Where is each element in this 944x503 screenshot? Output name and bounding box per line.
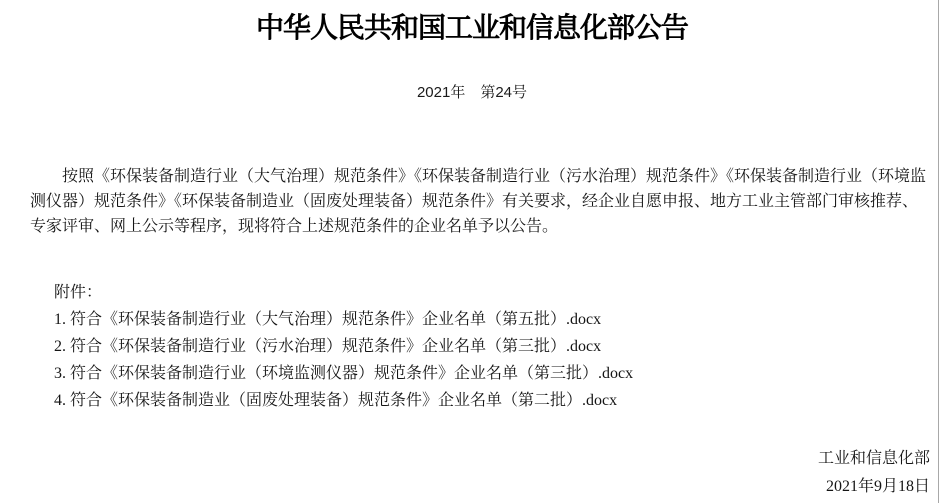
- attachment-item-3: 3. 符合《环保装备制造行业（环境监测仪器）规范条件》企业名单（第三批）.doc…: [54, 360, 914, 387]
- page-title: 中华人民共和国工业和信息化部公告: [0, 6, 944, 46]
- right-border-line: [938, 0, 939, 503]
- attachment-item-1: 1. 符合《环保装备制造行业（大气治理）规范条件》企业名单（第五批）.docx: [54, 306, 914, 333]
- announcement-paragraph: 按照《环保装备制造行业（大气治理）规范条件》《环保装备制造行业（污水治理）规范条…: [30, 164, 926, 239]
- issue-number: 2021年 第24号: [0, 81, 944, 102]
- signature-block: 工业和信息化部 2021年9月18日: [818, 445, 930, 501]
- attachment-item-4: 4. 符合《环保装备制造业（固废处理装备）规范条件》企业名单（第二批）.docx: [54, 387, 914, 414]
- attachment-item-2: 2. 符合《环保装备制造行业（污水治理）规范条件》企业名单（第三批）.docx: [54, 333, 914, 360]
- signature-issuer: 工业和信息化部: [818, 445, 930, 473]
- attachments-label: 附件：: [54, 279, 914, 306]
- signature-date: 2021年9月18日: [818, 473, 930, 501]
- attachments-section: 附件： 1. 符合《环保装备制造行业（大气治理）规范条件》企业名单（第五批）.d…: [54, 279, 914, 414]
